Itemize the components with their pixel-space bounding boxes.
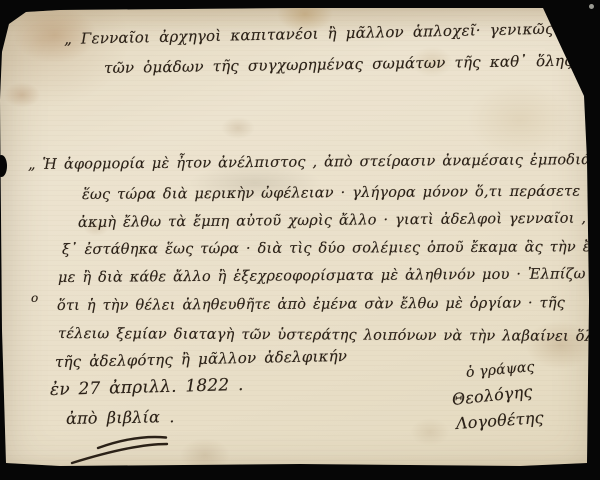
scan-hole-dot [589,4,594,9]
place-line: ἀπὸ βιβλία . [66,407,175,428]
body-line-5: με ἢ διὰ κάθε ἄλλο ἢ ἑξεχρεοφορίσματα μὲ… [58,266,600,286]
body-line-1: „ Ἡ ἀφορμορία μὲ ἦτον ἀνέλπιστος , ἀπὸ σ… [28,152,600,173]
signature-line-1: ὁ γράψας [465,359,535,381]
margin-mark: ο [31,291,38,305]
body-line-3: ἀκμὴ ἔλθω τὰ ἔμπη αὐτοῦ χωρὶς ἄλλο · για… [78,210,600,231]
body-line-6: ὅτι ἡ τὴν θέλει ἀληθευθῆτε ἀπὸ ἐμένα σὰν… [57,295,565,314]
closing-line: τῆς ἀδελφότης ἢ μᾶλλον ἀδελφικήν [55,347,347,371]
signature-line-3: Λογοθέτης [455,408,544,433]
header-line-2: τῶν ὁμάδων τῆς συγχωρημένας σωμάτων τῆς … [104,50,600,77]
paper-sheet: „ Γενναῖοι ἀρχηγοὶ καπιτανέοι ἢ μᾶλλον ἁ… [0,0,600,480]
body-line-2: ἕως τώρα διὰ μερικὴν ὠφέλειαν · γλήγορα … [82,183,600,203]
scanned-letter: „ Γενναῖοι ἀρχηγοὶ καπιτανέοι ἢ μᾶλλον ἁ… [0,0,600,480]
body-line-4: ξ᾽ ἐστάθηκα ἕως τώρα · διὰ τὶς δύο σολέμ… [62,239,600,258]
body-line-7: τέλειω ξεμίαν διαταγὴ τῶν ὑστεράτης λοιπ… [58,326,600,345]
header-line-1: „ Γενναῖοι ἀρχηγοὶ καπιτανέοι ἢ μᾶλλον ἁ… [64,17,600,48]
signature-line-2: Θεολόγης [451,382,533,409]
flourish-mark [68,433,172,467]
date-line: ἐν 27 ἀπριλλ. 1822 . [50,375,244,400]
